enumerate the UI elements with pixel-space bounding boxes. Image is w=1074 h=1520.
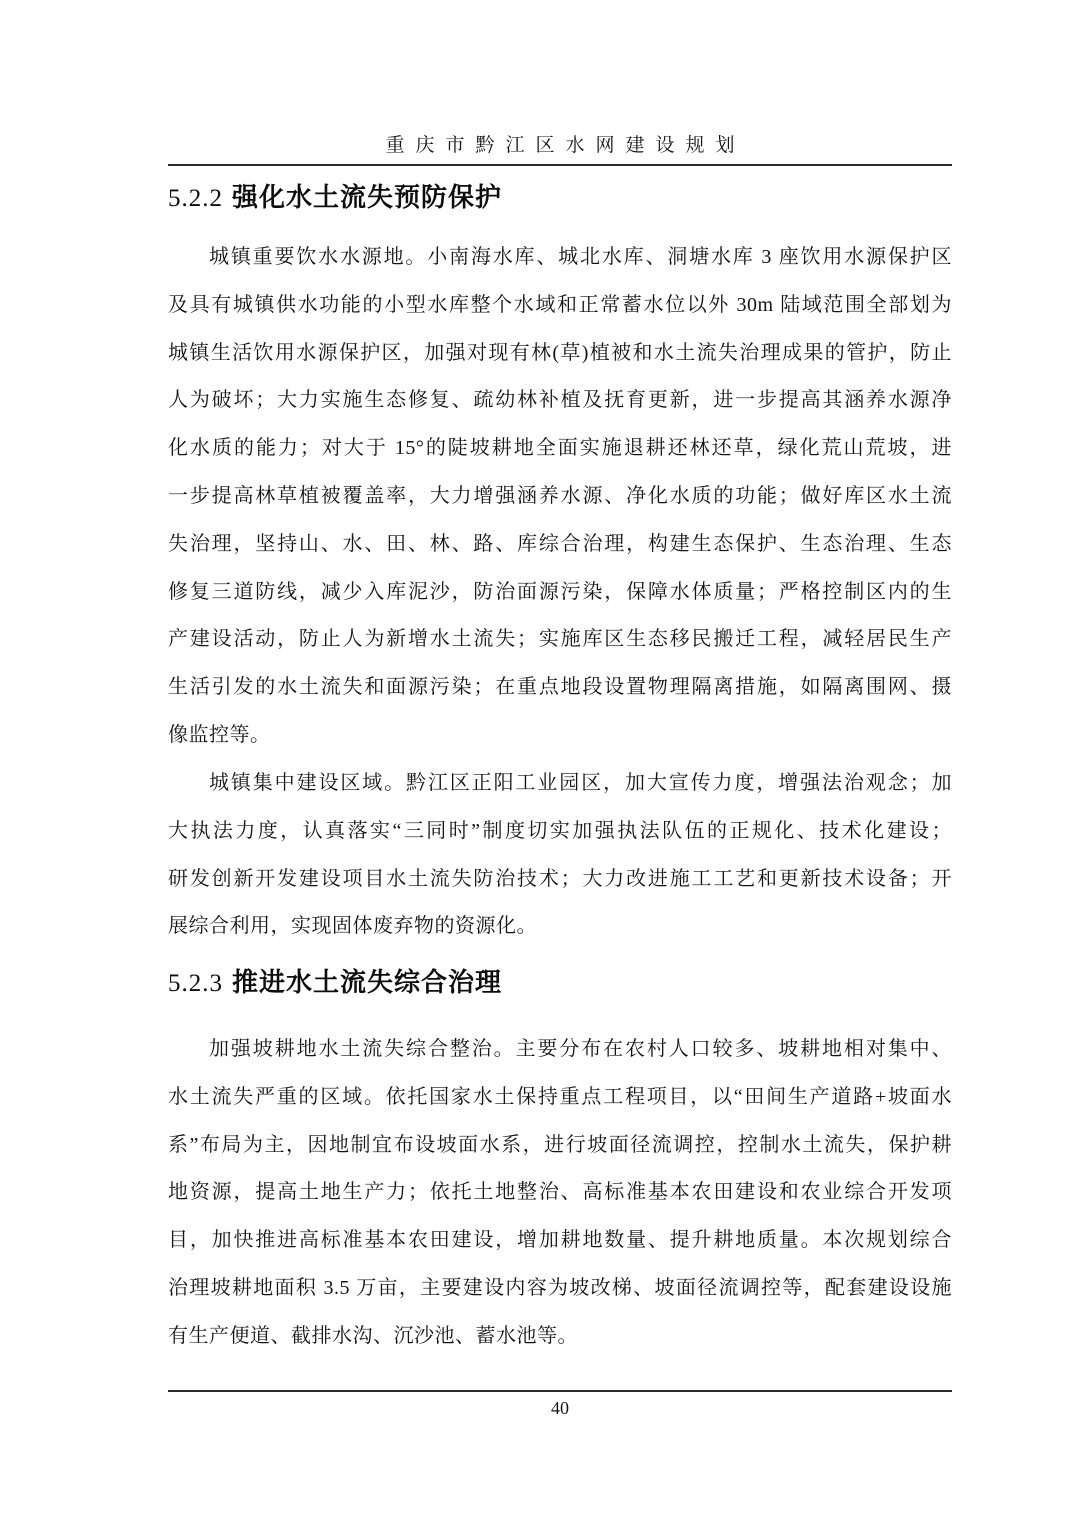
text-line: 水土流失严重的区域。依托国家水土保持重点工程项目，以“田间生产道路+坡面水 bbox=[168, 1074, 952, 1122]
text-line: 系”布局为主，因地制宜布设坡面水系，进行坡面径流调控，控制水土流失，保护耕 bbox=[168, 1122, 952, 1170]
text-line: 人为破坏；大力实施生态修复、疏幼林补植及抚育更新，进一步提高其涵养水源净 bbox=[168, 377, 952, 425]
text-line: 城镇集中建设区域。黔江区正阳工业园区，加大宣传力度，增强法治观念；加 bbox=[168, 760, 952, 808]
text-line: 大执法力度，认真落实“三同时”制度切实加强执法队伍的正规化、技术化建设； bbox=[168, 808, 952, 856]
text-line: 加强坡耕地水土流失综合整治。主要分布在农村人口较多、坡耕地相对集中、 bbox=[168, 1026, 952, 1074]
text-line: 一步提高林草植被覆盖率，大力增强涵养水源、净化水质的功能；做好库区水土流 bbox=[168, 473, 952, 521]
text-line: 城镇重要饮水水源地。小南海水库、城北水库、洞塘水库 3 座饮用水源保护区 bbox=[168, 234, 952, 282]
paragraph: 城镇集中建设区域。黔江区正阳工业园区，加大宣传力度，增强法治观念；加 大执法力度… bbox=[168, 760, 952, 951]
header-rule bbox=[168, 164, 952, 166]
paragraph: 城镇重要饮水水源地。小南海水库、城北水库、洞塘水库 3 座饮用水源保护区 及具有… bbox=[168, 234, 952, 760]
text-line: 有生产便道、截排水沟、沉沙池、蓄水池等。 bbox=[168, 1313, 952, 1361]
section-number: 5.2.2 bbox=[168, 185, 232, 212]
text-line: 展综合利用，实现固体废弃物的资源化。 bbox=[168, 903, 952, 951]
section-title: 推进水土流失综合治理 bbox=[232, 967, 502, 997]
text-line: 像监控等。 bbox=[168, 712, 952, 760]
text-line: 及具有城镇供水功能的小型水库整个水域和正常蓄水位以外 30m 陆域范围全部划为 bbox=[168, 282, 952, 330]
page-number: 40 bbox=[168, 1398, 952, 1419]
text-line: 失治理，坚持山、水、田、林、路、库综合治理，构建生态保护、生态治理、生态 bbox=[168, 521, 952, 569]
section-title: 强化水土流失预防保护 bbox=[232, 182, 502, 212]
document-page: 重庆市黔江区水网建设规划 5.2.2强化水土流失预防保护 城镇重要饮水水源地。小… bbox=[0, 0, 1074, 1520]
text-line: 研发创新开发建设项目水土流失防治技术；大力改进施工工艺和更新技术设备；开 bbox=[168, 856, 952, 904]
text-line: 城镇生活饮用水源保护区，加强对现有林(草)植被和水土流失治理成果的管护，防止 bbox=[168, 330, 952, 378]
section-heading-5-2-3: 5.2.3推进水土流失综合治理 bbox=[168, 966, 502, 1000]
text-line: 修复三道防线，减少入库泥沙，防治面源污染，保障水体质量；严格控制区内的生 bbox=[168, 569, 952, 617]
text-line: 治理坡耕地面积 3.5 万亩，主要建设内容为坡改梯、坡面径流调控等，配套建设设施 bbox=[168, 1265, 952, 1313]
running-header-title: 重庆市黔江区水网建设规划 bbox=[168, 130, 952, 157]
paragraph: 加强坡耕地水土流失综合整治。主要分布在农村人口较多、坡耕地相对集中、 水土流失严… bbox=[168, 1026, 952, 1361]
section-number: 5.2.3 bbox=[168, 970, 232, 997]
text-line: 目，加快推进高标准基本农田建设，增加耕地数量、提升耕地质量。本次规划综合 bbox=[168, 1217, 952, 1265]
text-line: 地资源，提高土地生产力；依托土地整治、高标准基本农田建设和农业综合开发项 bbox=[168, 1169, 952, 1217]
footer-rule bbox=[168, 1390, 952, 1392]
text-line: 生活引发的水土流失和面源污染；在重点地段设置物理隔离措施，如隔离围网、摄 bbox=[168, 664, 952, 712]
section-heading-5-2-2: 5.2.2强化水土流失预防保护 bbox=[168, 181, 502, 215]
text-line: 化水质的能力；对大于 15°的陡坡耕地全面实施退耕还林还草，绿化荒山荒坡，进 bbox=[168, 425, 952, 473]
text-line: 产建设活动，防止人为新增水土流失；实施库区生态移民搬迁工程，减轻居民生产 bbox=[168, 616, 952, 664]
